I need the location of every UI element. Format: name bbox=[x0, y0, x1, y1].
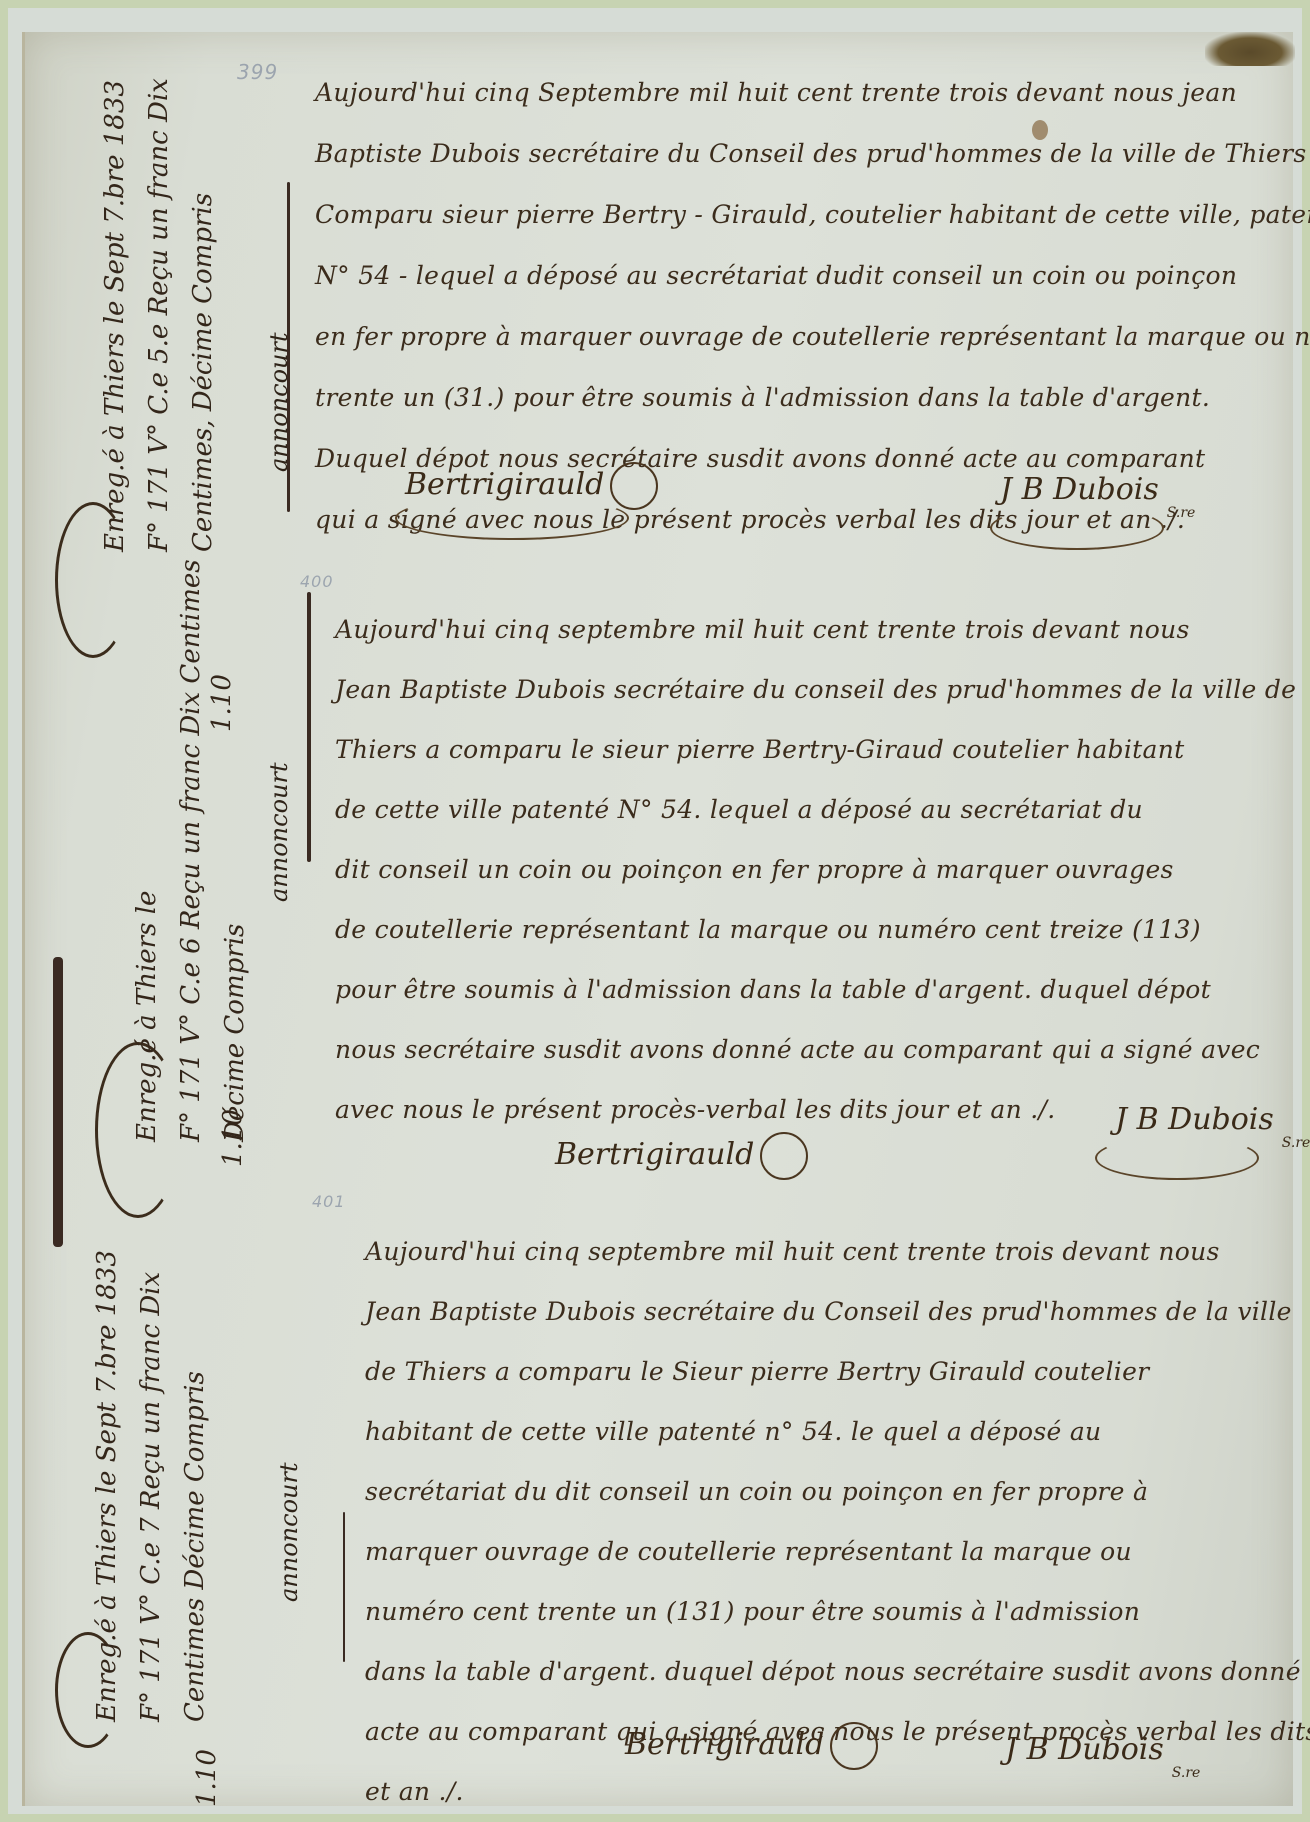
margin-amount-3: 1.10 bbox=[185, 1749, 229, 1807]
entry-line: N° 54 - lequel a déposé au secrétariat d… bbox=[315, 245, 1265, 306]
margin-note-enregistrement-1: Enreg.é à Thiers le Sept 7.bre 1833 F° 1… bbox=[93, 78, 225, 552]
folio-number-401: 401 bbox=[312, 1192, 346, 1211]
folio-number-400: 400 bbox=[300, 572, 334, 591]
entry-line: en fer propre à marquer ouvrage de coute… bbox=[315, 306, 1265, 367]
signature-flourish bbox=[1095, 1136, 1259, 1180]
margin-paraphe-1: annoncourt bbox=[265, 332, 293, 472]
entry-line: de Thiers a comparu le Sieur pierre Bert… bbox=[365, 1342, 1310, 1402]
entry-line: Comparu sieur pierre Bertry - Girauld, c… bbox=[315, 184, 1265, 245]
entry-line: Thiers a comparu le sieur pierre Bertry-… bbox=[335, 720, 1285, 780]
signature-dubois-1: J B DuboisS.re bbox=[1000, 472, 1195, 507]
folio-number-399: 399 bbox=[237, 60, 278, 84]
paraph-seal-icon bbox=[760, 1132, 808, 1180]
paraph-seal-icon bbox=[830, 1722, 878, 1770]
margin-rule bbox=[343, 1512, 345, 1662]
binding-thread bbox=[1205, 32, 1295, 66]
entry-line: Jean Baptiste Dubois secrétaire du Conse… bbox=[365, 1282, 1310, 1342]
entry-line: habitant de cette ville patenté n° 54. l… bbox=[365, 1402, 1310, 1462]
signature-bertrigirauld-2: Bertrigirauld bbox=[555, 1132, 808, 1180]
entry-line: Aujourd'hui cinq septembre mil huit cent… bbox=[335, 600, 1285, 660]
entry-line: dans la table d'argent. duquel dépot nou… bbox=[365, 1642, 1310, 1702]
signature-bertrigirauld-1: Bertrigirauld bbox=[405, 462, 658, 510]
margin-rule bbox=[307, 592, 311, 862]
entry-line: dit conseil un coin ou poinçon en fer pr… bbox=[335, 840, 1285, 900]
margin-paraphe-2: annoncourt bbox=[265, 762, 293, 902]
entry-line: nous secrétaire susdit avons donné acte … bbox=[335, 1020, 1285, 1080]
entry-line: pour être soumis à l'admission dans la t… bbox=[335, 960, 1285, 1020]
entry-line: marquer ouvrage de coutellerie représent… bbox=[365, 1522, 1310, 1582]
signature-flourish bbox=[990, 506, 1164, 550]
entry-line: numéro cent trente un (131) pour être so… bbox=[365, 1582, 1310, 1642]
paraph-seal-icon bbox=[610, 462, 658, 510]
margin-note-enregistrement-2: Enreg.é à Thiers le F° 171 V° C.e 6 Reçu… bbox=[125, 559, 257, 1142]
register-entry-2: Aujourd'hui cinq septembre mil huit cent… bbox=[335, 600, 1285, 1140]
signature-dubois-3: J B DuboisS.re bbox=[1005, 1732, 1200, 1767]
manuscript-page: 399 400 401 Aujourd'hui cinq Septembre m… bbox=[22, 32, 1293, 1806]
signature-dubois-2: J B DuboisS.re bbox=[1115, 1102, 1310, 1137]
entry-line: Aujourd'hui cinq Septembre mil huit cent… bbox=[315, 62, 1265, 123]
entry-line: et an ./. bbox=[365, 1762, 1310, 1822]
entry-line: secrétariat du dit conseil un coin ou po… bbox=[365, 1462, 1310, 1522]
entry-line: Aujourd'hui cinq septembre mil huit cent… bbox=[365, 1222, 1310, 1282]
margin-paraphe-3: annoncourt bbox=[275, 1462, 303, 1602]
margin-note-enregistrement-3: Enreg.é à Thiers le Sept 7.bre 1833 F° 1… bbox=[85, 1250, 217, 1722]
entry-line: trente un (31.) pour être soumis à l'adm… bbox=[315, 367, 1265, 428]
margin-amount-2: 1.10 bbox=[211, 1109, 255, 1167]
signature-flourish bbox=[395, 496, 629, 540]
entry-line: de cette ville patenté N° 54. lequel a d… bbox=[335, 780, 1285, 840]
signature-bertrigirauld-3: Bertrigirauld bbox=[625, 1722, 878, 1770]
entry-line: de coutellerie représentant la marque ou… bbox=[335, 900, 1285, 960]
entry-line: Jean Baptiste Dubois secrétaire du conse… bbox=[335, 660, 1285, 720]
margin-brace-stroke bbox=[53, 957, 63, 1247]
entry-line: Baptiste Dubois secrétaire du Conseil de… bbox=[315, 123, 1265, 184]
